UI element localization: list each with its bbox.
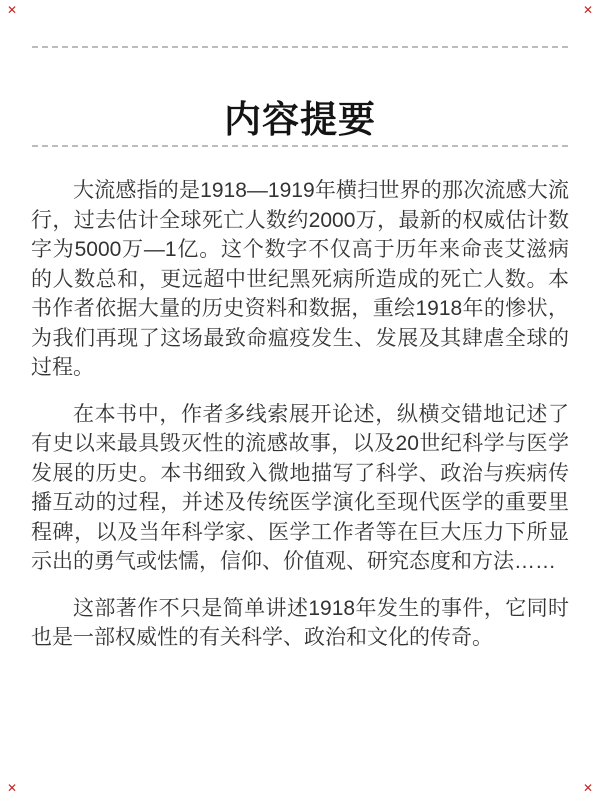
document-page: ✕ ✕ ✕ ✕ 内容提要 大流感指的是1918—1919年横扫世界的那次流感大流… <box>0 0 600 800</box>
paragraph: 在本书中，作者多线索展开论述，纵横交错地记述了有史以来最具毁灭性的流感故事，以及… <box>31 400 569 577</box>
crop-mark-top-right-icon: ✕ <box>581 4 595 18</box>
body-text: 大流感指的是1918—1919年横扫世界的那次流感大流行，过去估计全球死亡人数约… <box>31 176 569 670</box>
page-title: 内容提要 <box>0 99 600 141</box>
paragraph: 这部著作不只是简单讲述1918年发生的事件，它同时也是一部权威性的有关科学、政治… <box>31 594 569 653</box>
dashed-divider-under-title <box>32 145 568 147</box>
crop-mark-bottom-right-icon: ✕ <box>581 782 595 796</box>
crop-mark-top-left-icon: ✕ <box>5 4 19 18</box>
crop-mark-bottom-left-icon: ✕ <box>5 782 19 796</box>
dashed-divider-top <box>32 46 568 48</box>
paragraph: 大流感指的是1918—1919年横扫世界的那次流感大流行，过去估计全球死亡人数约… <box>31 176 569 383</box>
